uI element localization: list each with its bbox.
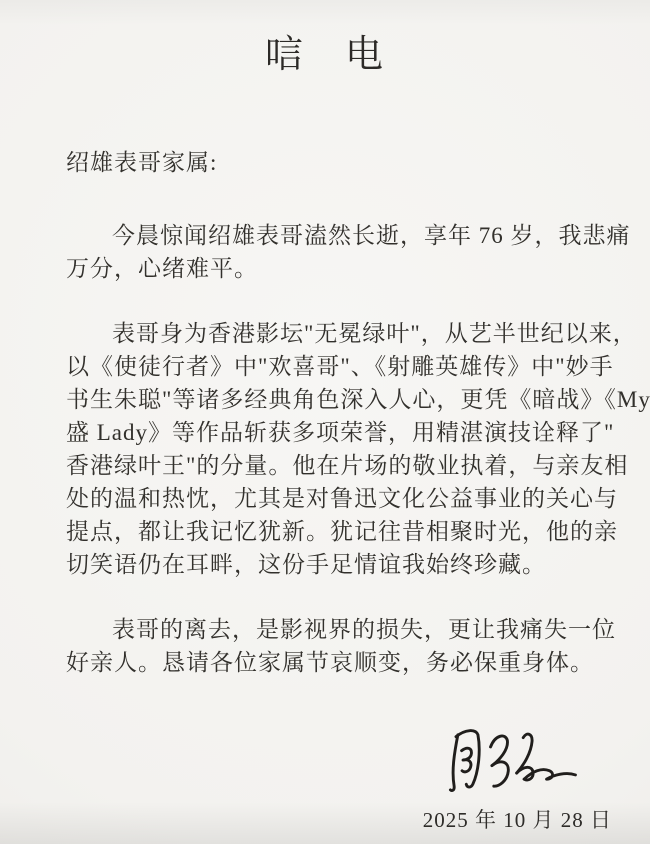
letter-line: 处的温和热忱，尤其是对鲁迅文化公益事业的关心与 [66,482,592,515]
letter-line: 以《使徒行者》中"欢喜哥"、《射雕英雄传》中"妙手 [66,350,592,383]
signature-block [0,721,650,801]
letter-line: 书生朱聪"等诸多经典角色深入人心，更凭《暗战》《My [66,383,592,416]
letter-line: 提点，都让我记忆犹新。犹记往昔相聚时光，他的亲 [66,515,592,548]
letter-paragraph: 今晨惊闻绍雄表哥溘然长逝，享年 76 岁，我悲痛 万分，心绪难平。 [66,219,592,285]
letter-paragraph: 表哥身为香港影坛"无冕绿叶"，从艺半世纪以来， 以《使徒行者》中"欢喜哥"、《射… [66,317,592,581]
letter-line: 切笑语仍在耳畔，这份手足情谊我始终珍藏。 [66,548,592,581]
signature-handwriting [442,721,582,799]
condolence-letter: 唁 电 绍雄表哥家属: 今晨惊闻绍雄表哥溘然长逝，享年 76 岁，我悲痛 万分，… [0,0,650,844]
letter-salutation: 绍雄表哥家属: [66,146,592,179]
letter-line: 香港绿叶王"的分量。他在片场的敬业执着，与亲友相 [66,449,592,482]
letter-line: 万分，心绪难平。 [66,252,592,285]
letter-line: 好亲人。恳请各位家属节哀顺变，务必保重身体。 [66,646,592,679]
letter-line: 表哥身为香港影坛"无冕绿叶"，从艺半世纪以来， [66,317,592,350]
letter-date: 2025 年 10 月 28 日 [0,807,650,834]
letter-line: 今晨惊闻绍雄表哥溘然长逝，享年 76 岁，我悲痛 [66,219,592,252]
letter-body: 绍雄表哥家属: 今晨惊闻绍雄表哥溘然长逝，享年 76 岁，我悲痛 万分，心绪难平… [0,146,650,679]
letter-paragraph: 表哥的离去，是影视界的损失，更让我痛失一位 好亲人。恳请各位家属节哀顺变，务必保… [66,613,592,679]
letter-line: 盛 Lady》等作品斩获多项荣誉，用精湛演技诠释了" [66,416,592,449]
letter-line: 表哥的离去，是影视界的损失，更让我痛失一位 [66,613,592,646]
letter-title: 唁 电 [0,30,650,80]
